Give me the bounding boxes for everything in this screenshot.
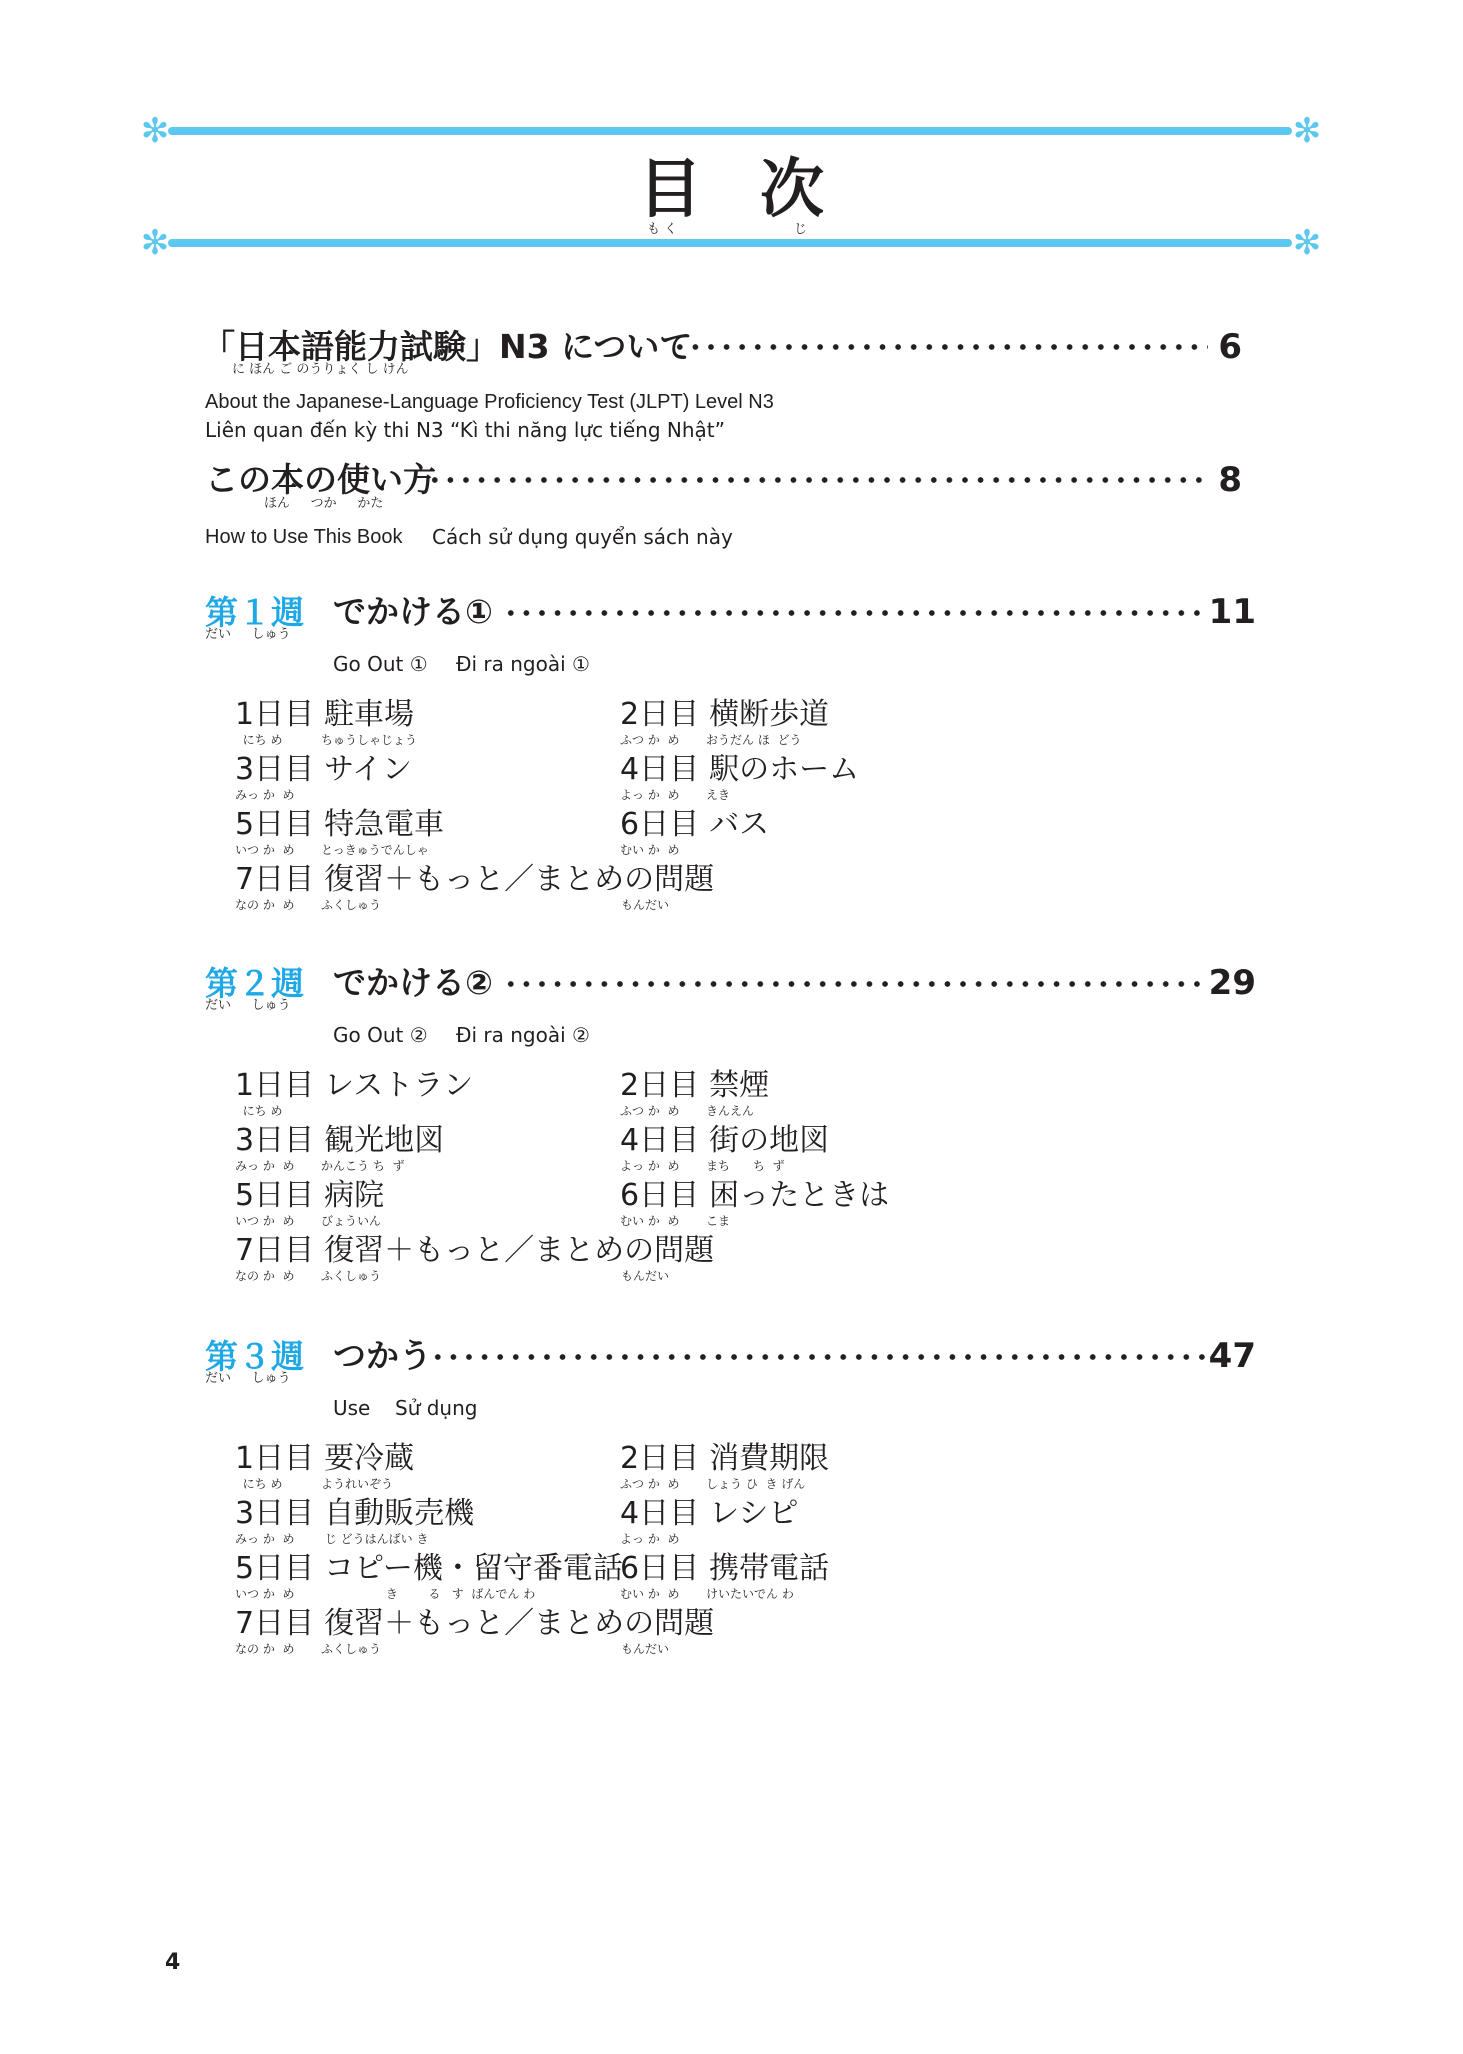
day-title: サイン: [324, 752, 412, 787]
day-title: 復習＋もっと／まとめの問題: [324, 862, 714, 897]
day-number-ruby: いつ か め: [235, 844, 294, 856]
entry-subtitle-en: About the Japanese-Language Proficiency …: [205, 392, 774, 412]
day-item[interactable]: 5日目コピー機・留守番電話 いつ か め き る す ばんでん わ: [235, 1554, 623, 1584]
day-number-ruby: よっ か め: [620, 789, 679, 801]
day-item[interactable]: 5日目病院 いつ か め びょういん: [235, 1181, 384, 1211]
day-number: 1日目: [235, 1068, 314, 1103]
day-item[interactable]: 4日目駅のホーム よっ か め えき: [620, 755, 859, 785]
day-number: 2日目: [620, 1441, 699, 1476]
week-subtitle-en: Use: [333, 1398, 370, 1418]
day-title: 横断歩道: [709, 697, 829, 732]
page-number[interactable]: 29: [1176, 966, 1256, 1000]
day-title-ruby: かんこう ち ず: [321, 1160, 404, 1172]
day-title-ruby: き る す ばんでん わ: [321, 1588, 535, 1600]
day-number: 1日目: [235, 697, 314, 732]
day-title: レストラン: [324, 1068, 473, 1103]
flower-ornament-icon: ✻: [1292, 228, 1322, 258]
day-title: コピー機・留守番電話: [324, 1551, 623, 1586]
dot-leader: [672, 343, 1208, 351]
day-item[interactable]: 4日目街の地図 よっ か め まち ち ず: [620, 1126, 829, 1156]
day-number: 2日目: [620, 1068, 699, 1103]
day-title: 街の地図: [709, 1123, 829, 1158]
week-subtitle-vi: Sử dụng: [395, 1398, 477, 1418]
day-number: 7日目: [235, 862, 314, 897]
day-item[interactable]: 3日目自動販売機 みっ か め じ どうはんばい き: [235, 1499, 474, 1529]
day-item[interactable]: 6日目困ったときは むい か め こま: [620, 1181, 889, 1211]
entry-subtitle-en: How to Use This Book: [205, 527, 403, 547]
day-number-ruby: むい か め: [620, 844, 679, 856]
day-title: 駅のホーム: [709, 752, 859, 787]
week-subtitle-en: Go Out ①: [333, 654, 428, 674]
day-number: 6日目: [620, 1551, 699, 1586]
day-number-ruby: みっ か め: [235, 1533, 294, 1545]
entry-title[interactable]: この本の使い方: [205, 463, 436, 496]
day-title-ruby: まち ち ず: [706, 1160, 785, 1172]
entry-ruby: に ほん ご のうりょく し けん: [232, 363, 409, 376]
week-label-ruby: だい しゅう: [205, 1372, 291, 1385]
day-title: 特急電車: [324, 807, 444, 842]
day-number-ruby: なの か め: [235, 1643, 294, 1655]
day-number: 3日目: [235, 752, 314, 787]
day-title-ruby: じ どうはんばい き: [321, 1533, 428, 1545]
week-subtitle-en: Go Out ②: [333, 1025, 428, 1045]
week-title[interactable]: つかう: [333, 1339, 432, 1372]
dot-leader: [503, 980, 1208, 988]
week-title[interactable]: でかける②: [333, 966, 493, 999]
day-number-ruby: なの か め: [235, 1270, 294, 1282]
flower-ornament-icon: ✻: [140, 116, 170, 146]
day-number-ruby: ふつ か め: [620, 734, 679, 746]
week-label: 第１週: [205, 596, 304, 629]
day-title: 禁煙: [709, 1068, 769, 1103]
day-number: 5日目: [235, 1551, 314, 1586]
day-title-ruby: ふくしゅう: [321, 1643, 381, 1655]
day-number: 3日目: [235, 1123, 314, 1158]
day-number-ruby: みっ か め: [235, 789, 294, 801]
day-title-ruby: びょういん: [321, 1215, 381, 1227]
day-number-ruby: にち め: [235, 1478, 282, 1490]
week-label: 第２週: [205, 967, 304, 1000]
day-item[interactable]: 3日目サイン みっ か め: [235, 755, 412, 785]
day-item[interactable]: 1日目レストラン にち め: [235, 1071, 473, 1101]
day-title: レシピ: [709, 1496, 798, 1531]
day-title: 携帯電話: [709, 1551, 829, 1586]
day-number-ruby: いつ か め: [235, 1588, 294, 1600]
day-item[interactable]: 2日目横断歩道 ふつ か め おうだん ほ どう: [620, 700, 829, 730]
dot-leader: [503, 609, 1208, 617]
day-item[interactable]: 6日目バス むい か め: [620, 810, 769, 840]
day-item[interactable]: 2日目禁煙 ふつ か め きんえん: [620, 1071, 769, 1101]
day-number: 6日目: [620, 807, 699, 842]
day-item[interactable]: 4日目レシピ よっ か め: [620, 1499, 798, 1529]
day-number-ruby: よっ か め: [620, 1160, 679, 1172]
day-number: 6日目: [620, 1178, 699, 1213]
day-item[interactable]: 1日目要冷蔵 にち め ようれいぞう: [235, 1444, 414, 1474]
day-title-ruby: もんだい: [621, 1270, 669, 1282]
day-number-ruby: むい か め: [620, 1588, 679, 1600]
day-item[interactable]: 6日目携帯電話 むい か め けいたいでん わ: [620, 1554, 829, 1584]
page-title-char-2: 次: [760, 158, 824, 222]
flower-ornament-icon: ✻: [140, 228, 170, 258]
day-item[interactable]: 2日目消費期限 ふつ か め しょう ひ き げん: [620, 1444, 829, 1474]
day-title: 困ったときは: [709, 1178, 889, 1213]
day-title-ruby: ふくしゅう: [321, 899, 381, 911]
day-number-ruby: ふつ か め: [620, 1478, 679, 1490]
week-subtitle-vi: Đi ra ngoài ②: [456, 1025, 590, 1045]
day-number: 5日目: [235, 807, 314, 842]
day-number: 4日目: [620, 1123, 699, 1158]
day-number: 4日目: [620, 1496, 699, 1531]
week-label-ruby: だい しゅう: [205, 628, 291, 641]
day-item[interactable]: 7日目復習＋もっと／まとめの問題 なの か め ふくしゅう もんだい: [235, 1236, 714, 1266]
day-title-ruby: しょう ひ き げん: [706, 1478, 805, 1490]
page-number[interactable]: 8: [1162, 463, 1242, 497]
day-title-ruby: けいたいでん わ: [706, 1588, 794, 1600]
day-number-ruby: みっ か め: [235, 1160, 294, 1172]
day-number: 5日目: [235, 1178, 314, 1213]
top-rule: [168, 127, 1292, 135]
entry-subtitle-vi: Cách sử dụng quyển sách này: [432, 527, 733, 547]
day-title: 復習＋もっと／まとめの問題: [324, 1233, 714, 1268]
day-item[interactable]: 7日目復習＋もっと／まとめの問題 なの か め ふくしゅう もんだい: [235, 1609, 714, 1639]
day-number-ruby: ふつ か め: [620, 1105, 679, 1117]
day-item[interactable]: 5日目特急電車 いつ か め とっきゅうでんしゃ: [235, 810, 444, 840]
day-number-ruby: なの か め: [235, 899, 294, 911]
dot-leader: [427, 476, 1208, 484]
week-subtitle-vi: Đi ra ngoài ①: [456, 654, 590, 674]
day-item[interactable]: 1日目駐車場 にち め ちゅうしゃじょう: [235, 700, 414, 730]
bottom-rule: [168, 239, 1292, 247]
day-item[interactable]: 7日目復習＋もっと／まとめの問題 なの か め ふくしゅう もんだい: [235, 865, 714, 895]
day-title-ruby: ようれいぞう: [321, 1478, 393, 1490]
day-title-ruby: ふくしゅう: [321, 1270, 381, 1282]
page-title-ruby-2: じ: [794, 223, 807, 236]
week-label-ruby: だい しゅう: [205, 999, 291, 1012]
day-number-ruby: にち め: [235, 1105, 282, 1117]
day-title: バス: [709, 807, 769, 842]
day-number-ruby: よっ か め: [620, 1533, 679, 1545]
entry-title[interactable]: 「日本語能力試験」N3 について: [202, 330, 692, 363]
day-title: 要冷蔵: [324, 1441, 414, 1476]
day-number-ruby: むい か め: [620, 1215, 679, 1227]
day-number: 7日目: [235, 1233, 314, 1268]
day-item[interactable]: 3日目観光地図 みっ か め かんこう ち ず: [235, 1126, 444, 1156]
flower-ornament-icon: ✻: [1292, 116, 1322, 146]
day-title: 観光地図: [324, 1123, 444, 1158]
page-title-ruby-1: も く: [647, 223, 677, 236]
dot-leader: [430, 1353, 1208, 1361]
page-number-footer: 4: [165, 1950, 180, 1975]
day-title-ruby: とっきゅうでんしゃ: [321, 844, 429, 856]
day-title: 消費期限: [709, 1441, 829, 1476]
day-number: 3日目: [235, 1496, 314, 1531]
day-title: 復習＋もっと／まとめの問題: [324, 1606, 714, 1641]
week-title[interactable]: でかける①: [333, 595, 493, 628]
page-title-char-1: 目: [638, 158, 702, 222]
week-label: 第３週: [205, 1340, 304, 1373]
day-title-ruby: もんだい: [621, 899, 669, 911]
day-number: 1日目: [235, 1441, 314, 1476]
day-title-ruby: こま: [706, 1215, 730, 1227]
entry-ruby: ほん つか かた: [264, 497, 383, 510]
day-title-ruby: もんだい: [621, 1643, 669, 1655]
day-title-ruby: ちゅうしゃじょう: [321, 734, 417, 746]
day-title: 駐車場: [324, 697, 414, 732]
day-number-ruby: いつ か め: [235, 1215, 294, 1227]
day-number: 2日目: [620, 697, 699, 732]
day-number: 7日目: [235, 1606, 314, 1641]
day-number-ruby: にち め: [235, 734, 282, 746]
page-number[interactable]: 47: [1176, 1339, 1256, 1373]
entry-subtitle-vi: Liên quan đến kỳ thi N3 “Kì thi năng lực…: [205, 420, 725, 440]
day-title-ruby: きんえん: [706, 1105, 754, 1117]
page-number[interactable]: 6: [1162, 330, 1242, 364]
day-number: 4日目: [620, 752, 699, 787]
day-title-ruby: えき: [706, 789, 730, 801]
day-title: 自動販売機: [324, 1496, 474, 1531]
page-number[interactable]: 11: [1176, 595, 1256, 629]
day-title: 病院: [324, 1178, 384, 1213]
day-title-ruby: おうだん ほ どう: [706, 734, 801, 746]
